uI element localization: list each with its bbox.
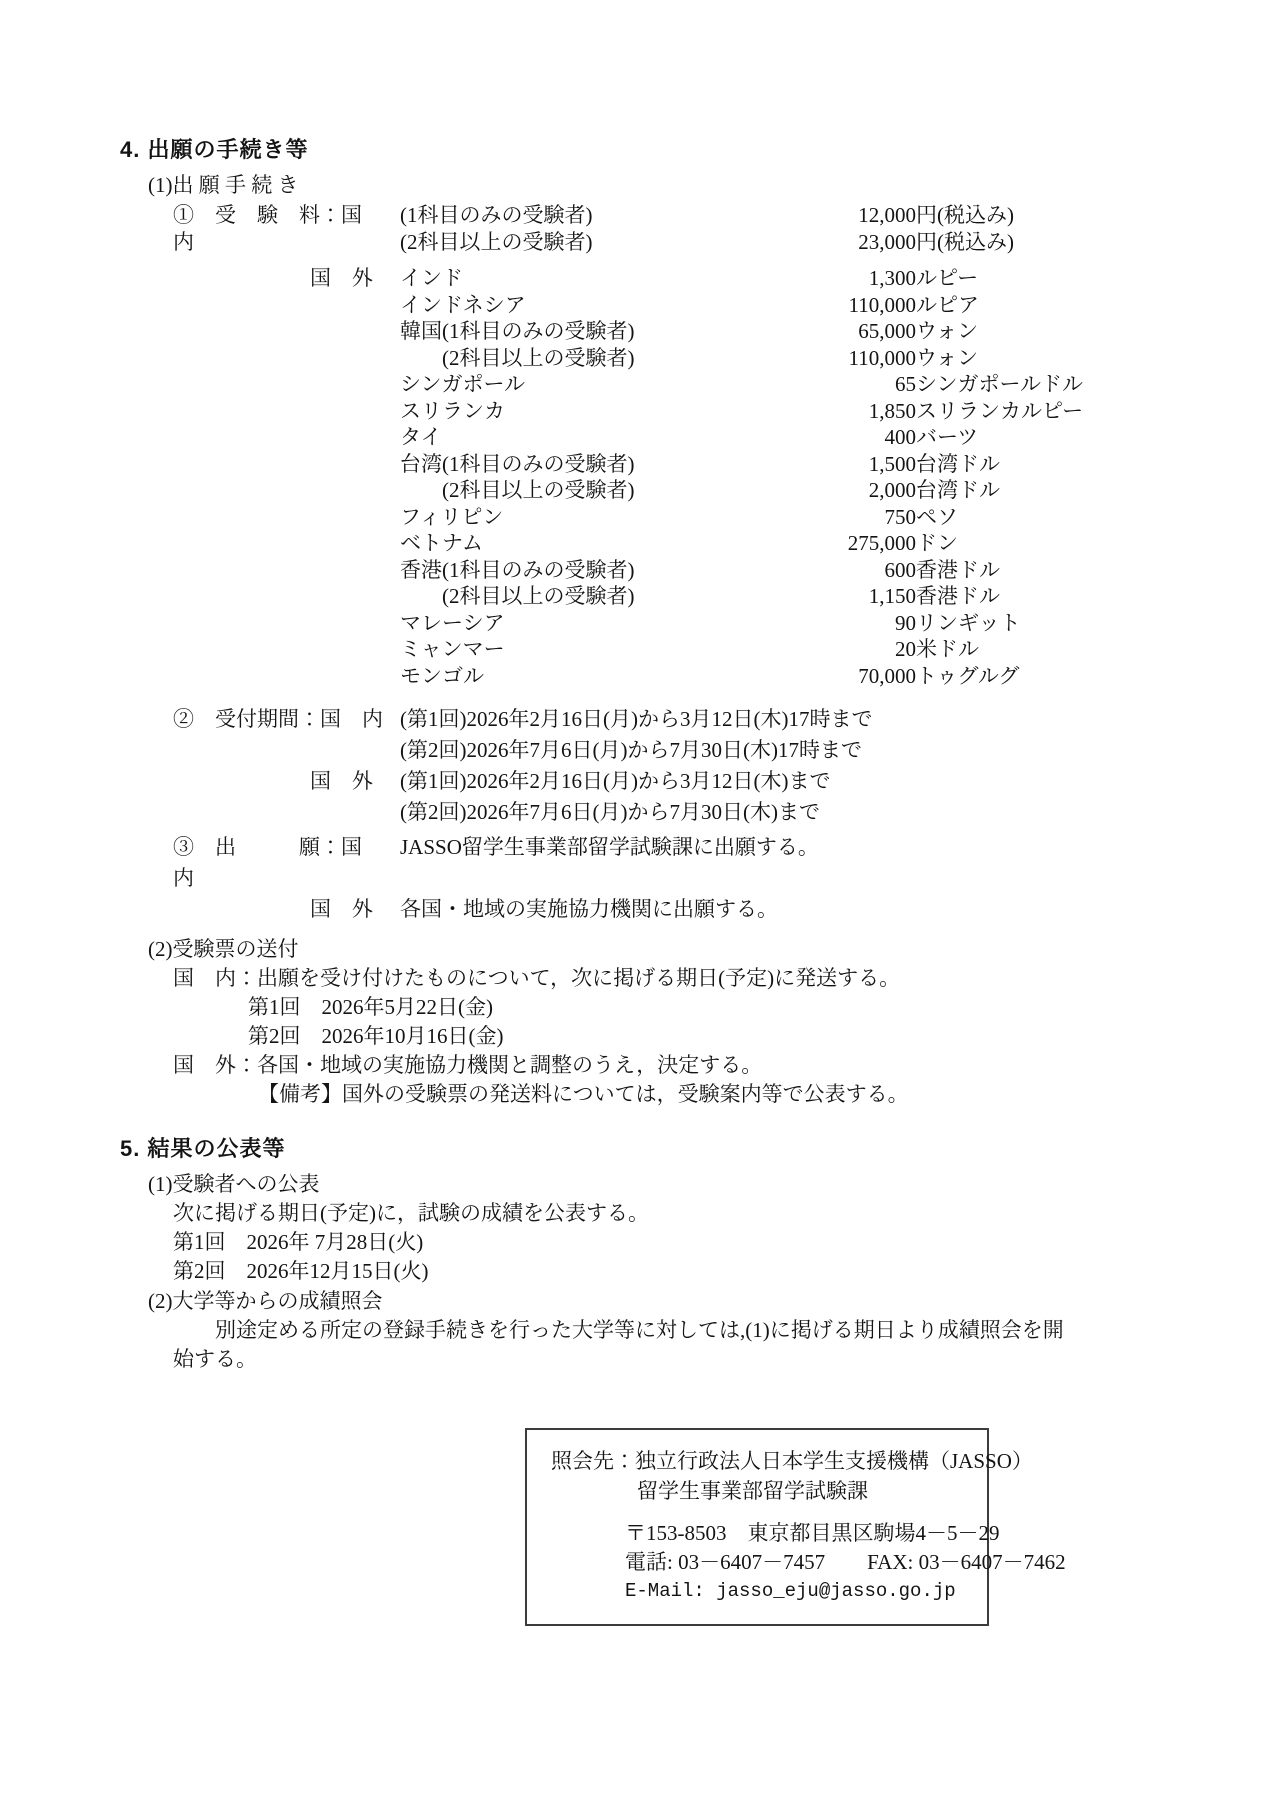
period-label: ② 受付期間：国 内 <box>173 704 400 766</box>
fee-row: (1科目のみの受験者) 12,000 円(税込み) <box>400 202 1014 229</box>
fee-currency: 香港ドル <box>916 557 1000 584</box>
apply-overseas-label: 国 外 <box>310 894 400 925</box>
fee-currency: 円(税込み) <box>916 229 1014 256</box>
contact-address: 〒153-8503 東京都目黒区駒場4－5－29 <box>625 1519 969 1548</box>
inquiry-line-2: 始する。 <box>173 1345 1220 1374</box>
fee-amount: 600 <box>780 557 916 584</box>
section-5-1-heading: (1)受験者への公表 <box>148 1169 1220 1199</box>
contact-tel-fax: 電話: 03－6407－7457 FAX: 03－6407－7462 <box>625 1548 969 1577</box>
fee-currency: バーツ <box>916 424 978 451</box>
contact-header: 照会先： 独立行政法人日本学生支援機構（JASSO） <box>551 1446 969 1476</box>
fee-amount: 20 <box>780 636 916 663</box>
fee-amount: 23,000 <box>780 229 916 256</box>
fee-country: マレーシア <box>400 610 780 637</box>
fee-currency: トゥグルグ <box>916 663 1019 690</box>
fee-label: ① 受 験 料：国 内 <box>173 202 400 255</box>
period-overseas-label: 国 外 <box>310 766 400 828</box>
section-5-heading: 5. 結果の公表等 <box>120 1136 1220 1162</box>
ticket-domestic-label: 国 内： <box>173 964 257 993</box>
fee-amount: 1,500 <box>780 451 916 478</box>
apply-overseas-section: 国 外 各国・地域の実施協力機関に出願する。 <box>310 894 1220 925</box>
fee-country: 台湾(1科目のみの受験者) <box>400 451 780 478</box>
results-date: 第2回 2026年12月15日(火) <box>173 1257 1220 1286</box>
fee-country: シンガポール <box>400 371 780 398</box>
section-4-1-heading: (1)出 願 手 続 き <box>148 170 1220 200</box>
results-date: 第1回 2026年 7月28日(火) <box>173 1228 1220 1257</box>
fee-row: インドネシア 110,000 ルピア <box>400 292 1083 319</box>
fee-country: ミャンマー <box>400 636 780 663</box>
fee-amount: 110,000 <box>780 292 916 319</box>
section-5-2-heading: (2)大学等からの成績照会 <box>148 1286 1220 1316</box>
fee-row: ベトナム 275,000 ドン <box>400 530 1083 557</box>
fee-country: (2科目以上の受験者) <box>400 583 780 610</box>
fee-section: ① 受 験 料：国 内 (1科目のみの受験者) 12,000 円(税込み) (2… <box>173 202 1220 255</box>
apply-domestic-text: JASSO留学生事業部留学試験課に出願する。 <box>400 832 819 894</box>
document-page: 4. 出願の手続き等 (1)出 願 手 続 き ① 受 験 料：国 内 (1科目… <box>0 0 1280 1810</box>
period-overseas-lines: (第1回)2026年2月16日(月)から3月12日(木)まで (第2回)2026… <box>400 766 830 828</box>
contact-dept: 留学生事業部留学試験課 <box>637 1476 969 1506</box>
fee-currency: ウォン <box>916 345 978 372</box>
fee-currency: ルピー <box>916 265 978 292</box>
fee-currency: 香港ドル <box>916 583 1000 610</box>
fee-row: シンガポール 65 シンガポールドル <box>400 371 1083 398</box>
fee-overseas-label: 国 外 <box>310 265 400 689</box>
fee-row: インド 1,300 ルピー <box>400 265 1083 292</box>
fee-currency: ウォン <box>916 318 978 345</box>
apply-overseas-text: 各国・地域の実施協力機関に出願する。 <box>400 894 778 925</box>
fee-amount: 110,000 <box>780 345 916 372</box>
fee-currency: ペソ <box>916 504 958 531</box>
fee-row: モンゴル 70,000 トゥグルグ <box>400 663 1083 690</box>
fee-overseas-rows: インド 1,300 ルピー インドネシア 110,000 ルピア 韓国(1科目の… <box>400 265 1083 689</box>
fee-country: スリランカ <box>400 398 780 425</box>
fee-amount: 2,000 <box>780 477 916 504</box>
fee-currency: リンギット <box>916 610 1021 637</box>
ticket-domestic: 国 内： 出願を受け付けたものについて，次に掲げる期日(予定)に発送する。 <box>173 964 1220 993</box>
period-overseas-section: 国 外 (第1回)2026年2月16日(月)から3月12日(木)まで (第2回)… <box>310 766 1220 828</box>
fee-domestic-rows: (1科目のみの受験者) 12,000 円(税込み) (2科目以上の受験者) 23… <box>400 202 1014 255</box>
fee-currency: 円(税込み) <box>916 202 1014 229</box>
section-4-2-heading: (2)受験票の送付 <box>148 934 1220 964</box>
contact-label: 照会先： <box>551 1446 635 1476</box>
fee-country: (2科目以上の受験者) <box>400 477 780 504</box>
period-line: (第1回)2026年2月16日(月)から3月12日(木)17時まで <box>400 704 872 735</box>
fee-currency: スリランカルピー <box>916 398 1083 425</box>
fee-amount: 90 <box>780 610 916 637</box>
fee-row: 香港(1科目のみの受験者) 600 香港ドル <box>400 557 1083 584</box>
fee-row: (2科目以上の受験者) 2,000 台湾ドル <box>400 477 1083 504</box>
fee-row: フィリピン 750 ペソ <box>400 504 1083 531</box>
fee-amount: 12,000 <box>780 202 916 229</box>
fee-amount: 1,300 <box>780 265 916 292</box>
ticket-overseas: 国 外： 各国・地域の実施協力機関と調整のうえ，決定する。 <box>173 1051 1220 1080</box>
fee-country: 香港(1科目のみの受験者) <box>400 557 780 584</box>
fee-currency: 台湾ドル <box>916 451 1000 478</box>
fee-currency: シンガポールドル <box>916 371 1083 398</box>
ticket-domestic-line: 国 内： 出願を受け付けたものについて，次に掲げる期日(予定)に発送する。 第1… <box>148 964 1220 1109</box>
fee-amount: 275,000 <box>780 530 916 557</box>
fee-currency: 台湾ドル <box>916 477 1000 504</box>
fee-row: (2科目以上の受験者) 23,000 円(税込み) <box>400 229 1014 256</box>
fee-row: スリランカ 1,850 スリランカルピー <box>400 398 1083 425</box>
fee-amount: 65 <box>780 371 916 398</box>
fee-category: (1科目のみの受験者) <box>400 202 780 229</box>
fee-row: タイ 400 バーツ <box>400 424 1083 451</box>
fee-currency: ルピア <box>916 292 979 319</box>
fee-country: (2科目以上の受験者) <box>400 345 780 372</box>
fee-country: フィリピン <box>400 504 780 531</box>
period-line: (第1回)2026年2月16日(月)から3月12日(木)まで <box>400 766 830 797</box>
period-line: (第2回)2026年7月6日(月)から7月30日(木)17時まで <box>400 735 872 766</box>
fee-row: (2科目以上の受験者) 110,000 ウォン <box>400 345 1083 372</box>
fee-country: モンゴル <box>400 663 780 690</box>
contact-org: 独立行政法人日本学生支援機構（JASSO） <box>635 1446 1033 1476</box>
contact-box: 照会先： 独立行政法人日本学生支援機構（JASSO） 留学生事業部留学試験課 〒… <box>525 1428 989 1626</box>
period-domestic-lines: (第1回)2026年2月16日(月)から3月12日(木)17時まで (第2回)2… <box>400 704 872 766</box>
ticket-overseas-text: 各国・地域の実施協力機関と調整のうえ，決定する。 <box>257 1051 762 1080</box>
fee-amount: 400 <box>780 424 916 451</box>
fee-amount: 750 <box>780 504 916 531</box>
fee-row: マレーシア 90 リンギット <box>400 610 1083 637</box>
inquiry-paragraph: 別途定める所定の登録手続きを行った大学等に対しては,(1)に掲げる期日より成績照… <box>148 1316 1220 1374</box>
fee-currency: ドン <box>916 530 958 557</box>
fee-row: 台湾(1科目のみの受験者) 1,500 台湾ドル <box>400 451 1083 478</box>
ticket-domestic-text: 出願を受け付けたものについて，次に掲げる期日(予定)に発送する。 <box>257 964 900 993</box>
fee-country: インド <box>400 265 780 292</box>
ticket-note: 【備考】国外の受験票の発送料については，受験案内等で公表する。 <box>258 1080 1220 1109</box>
contact-email: E-Mail: jasso_eju@jasso.go.jp <box>625 1577 969 1606</box>
fee-currency: 米ドル <box>916 636 979 663</box>
ticket-date: 第2回 2026年10月16日(金) <box>248 1022 1220 1051</box>
fee-amount: 1,150 <box>780 583 916 610</box>
fee-country: 韓国(1科目のみの受験者) <box>400 318 780 345</box>
contact-details: 〒153-8503 東京都目黒区駒場4－5－29 電話: 03－6407－745… <box>625 1519 969 1606</box>
apply-label: ③ 出 願：国 内 <box>173 832 400 894</box>
fee-country: タイ <box>400 424 780 451</box>
fee-country: インドネシア <box>400 292 780 319</box>
apply-section: ③ 出 願：国 内 JASSO留学生事業部留学試験課に出願する。 <box>173 832 1220 894</box>
results-block: 次に掲げる期日(予定)に，試験の成績を公表する。 第1回 2026年 7月28日… <box>148 1199 1220 1286</box>
period-section: ② 受付期間：国 内 (第1回)2026年2月16日(月)から3月12日(木)1… <box>173 704 1220 766</box>
fee-row: ミャンマー 20 米ドル <box>400 636 1083 663</box>
fee-overseas-section: 国 外 インド 1,300 ルピー インドネシア 110,000 ルピア 韓国(… <box>310 265 1220 689</box>
fee-row: 韓国(1科目のみの受験者) 65,000 ウォン <box>400 318 1083 345</box>
fee-amount: 70,000 <box>780 663 916 690</box>
section-4-heading: 4. 出願の手続き等 <box>120 137 1220 163</box>
ticket-overseas-label: 国 外： <box>173 1051 257 1080</box>
fee-amount: 1,850 <box>780 398 916 425</box>
inquiry-line-1: 別途定める所定の登録手続きを行った大学等に対しては,(1)に掲げる期日より成績照… <box>173 1316 1220 1345</box>
results-intro: 次に掲げる期日(予定)に，試験の成績を公表する。 <box>173 1199 1220 1228</box>
fee-row: (2科目以上の受験者) 1,150 香港ドル <box>400 583 1083 610</box>
period-line: (第2回)2026年7月6日(月)から7月30日(木)まで <box>400 797 830 828</box>
fee-category: (2科目以上の受験者) <box>400 229 780 256</box>
ticket-date: 第1回 2026年5月22日(金) <box>248 993 1220 1022</box>
fee-country: ベトナム <box>400 530 780 557</box>
fee-amount: 65,000 <box>780 318 916 345</box>
